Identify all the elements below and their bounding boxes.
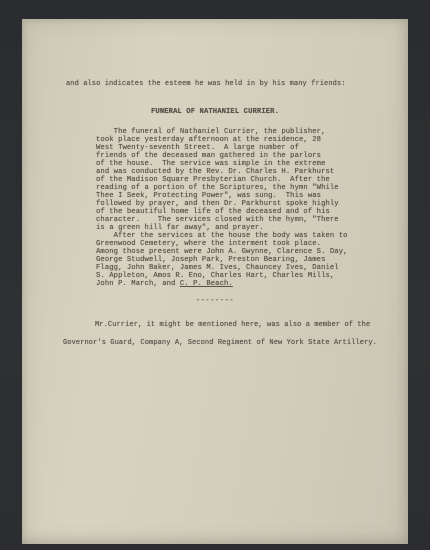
note-line: Mr.Currier, it might be mentioned here, … <box>95 321 370 329</box>
intro-line: and also indicates the esteem he was hel… <box>66 80 346 88</box>
article-line: took place yesterday afternoon at the re… <box>96 136 348 144</box>
article-line: and was conducted by the Rev. Dr. Charle… <box>96 168 348 176</box>
article-heading: FUNERAL OF NATHANIEL CURRIER. <box>22 108 408 116</box>
article-line: is a green hill far away", and prayer. <box>96 224 348 232</box>
article-line: George Studwell, Joseph Park, Preston Be… <box>96 256 348 264</box>
article-line: After the services at the house the body… <box>96 232 348 240</box>
article-line: character. The services closed with the … <box>96 216 348 224</box>
article-line: Greenwood Cemetery, where the interment … <box>96 240 348 248</box>
article-last-line: John P. March, and C. P. Beach. <box>96 280 348 288</box>
underlined-name: C. P. Beach. <box>180 280 233 288</box>
article-line: reading of a portion of the Scriptures, … <box>96 184 348 192</box>
article-line: West Twenty-seventh Street. A large numb… <box>96 144 348 152</box>
article-line: Thee I Seek, Protecting Power", was sung… <box>96 192 348 200</box>
article-line: of the house. The service was simple in … <box>96 160 348 168</box>
dash-separator: -------- <box>22 297 408 305</box>
article-last-line-prefix: John P. March, and <box>96 280 180 288</box>
article-line: S. Appleton, Amos R. Eno, Charles Hart, … <box>96 272 348 280</box>
article-line: followed by prayer, and then Dr. Parkhur… <box>96 200 348 208</box>
document-page: and also indicates the esteem he was hel… <box>22 19 408 544</box>
article-line: Flagg, John Baker, James M. Ives, Chaunc… <box>96 264 348 272</box>
scan-background: and also indicates the esteem he was hel… <box>0 0 430 550</box>
note-line: Governor's Guard, Company A, Second Regi… <box>63 339 377 347</box>
article-line: of the Madison Square Presbyterian Churc… <box>96 176 348 184</box>
article-line: The funeral of Nathaniel Currier, the pu… <box>96 128 348 136</box>
article-line: Among those present were John A. Gwynne,… <box>96 248 348 256</box>
article-line: friends of the deceased man gathered in … <box>96 152 348 160</box>
article-body: The funeral of Nathaniel Currier, the pu… <box>96 128 348 288</box>
article-line: of the beautiful home life of the deceas… <box>96 208 348 216</box>
